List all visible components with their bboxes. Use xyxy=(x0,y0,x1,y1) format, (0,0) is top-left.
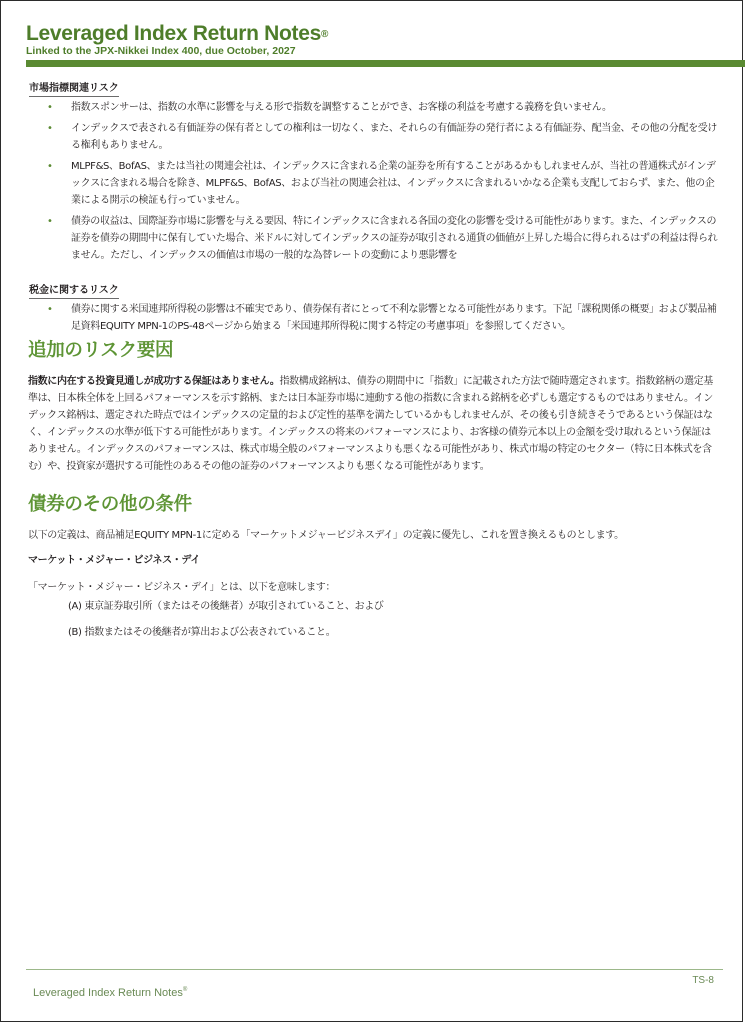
definition-item-b: (B) 指数またはその後継者が算出および公表されていること。 xyxy=(28,624,720,641)
document-title: Leveraged Index Return Notes® xyxy=(26,22,745,46)
market-risk-section: 市場指標関連リスク •指数スポンサーは、指数の水準に影響を与える形で指数を調整す… xyxy=(28,80,720,264)
footer-title: Leveraged Index Return Notes® xyxy=(33,987,187,999)
definition-heading-text: マーケット・メジャー・ビジネス・デイ xyxy=(28,555,200,566)
bullet-icon: • xyxy=(47,99,53,116)
market-risk-heading: 市場指標関連リスク xyxy=(29,81,119,97)
tax-risk-list: •債券に関する米国連邦所得税の影響は不確実であり、債券保有者にとって不利な影響と… xyxy=(28,301,720,335)
additional-risk-heading: 追加のリスク要因 xyxy=(28,339,720,363)
definition-heading: マーケット・メジャー・ビジネス・デイ xyxy=(28,552,720,569)
list-item: •債券に関する米国連邦所得税の影響は不確実であり、債券保有者にとって不利な影響と… xyxy=(28,301,720,335)
header-divider-bar xyxy=(26,60,745,67)
document-title-text: Leveraged Index Return Notes xyxy=(26,22,321,45)
list-item: •インデックスで表される有価証券の保有者としての権利は一切なく、また、それらの有… xyxy=(28,120,720,154)
footer-registered-mark: ® xyxy=(183,987,187,993)
tax-risk-section: 税金に関するリスク •債券に関する米国連邦所得税の影響は不確実であり、債券保有者… xyxy=(28,282,720,335)
bullet-icon: • xyxy=(47,301,53,318)
document-subtitle: Linked to the JPX-Nikkei Index 400, due … xyxy=(26,45,745,57)
spacer xyxy=(28,268,720,282)
other-terms-intro: 以下の定義は、商品補足EQUITY MPN-1に定める「マーケットメジャービジネ… xyxy=(28,527,720,544)
list-item-text: MLPF&S、BofAS、または当社の関連会社は、インデックスに含まれる企業の証… xyxy=(71,161,716,206)
bullet-icon: • xyxy=(47,213,53,230)
additional-risk-lead: 指数に内在する投資見通しが成功する保証はありません。 xyxy=(28,376,280,387)
definition-item-a: (A) 東京証券取引所（またはその後継者）が取引されていること、および xyxy=(28,598,720,615)
market-risk-list: •指数スポンサーは、指数の水準に影響を与える形で指数を調整することができ、お客様… xyxy=(28,99,720,264)
list-item-text: 債券に関する米国連邦所得税の影響は不確実であり、債券保有者にとって不利な影響とな… xyxy=(71,304,717,332)
list-item-text: インデックスで表される有価証券の保有者としての権利は一切なく、また、それらの有価… xyxy=(71,123,717,151)
list-item: •指数スポンサーは、指数の水準に影響を与える形で指数を調整することができ、お客様… xyxy=(28,99,720,116)
list-item-text: 債券の収益は、国際証券市場に影響を与える要因、特にインデックスに含まれる各国の変… xyxy=(71,216,717,261)
list-item: •MLPF&S、BofAS、または当社の関連会社は、インデックスに含まれる企業の… xyxy=(28,158,720,209)
footer-divider xyxy=(26,969,723,970)
bullet-icon: • xyxy=(47,158,53,175)
document-header: Leveraged Index Return Notes® Linked to … xyxy=(26,22,745,57)
additional-risk-section: 追加のリスク要因 指数に内在する投資見通しが成功する保証はありません。指数構成銘… xyxy=(28,339,720,475)
bullet-icon: • xyxy=(47,120,53,137)
tax-risk-heading: 税金に関するリスク xyxy=(29,283,119,299)
list-item: •債券の収益は、国際証券市場に影響を与える要因、特にインデックスに含まれる各国の… xyxy=(28,213,720,264)
additional-risk-text: 指数構成銘柄は、債券の期間中に「指数」に記載された方法で随時選定されます。指数銘… xyxy=(28,376,713,472)
additional-risk-paragraph: 指数に内在する投資見通しが成功する保証はありません。指数構成銘柄は、債券の期間中… xyxy=(28,373,720,475)
page-number: TS-8 xyxy=(692,975,714,986)
document-body: 市場指標関連リスク •指数スポンサーは、指数の水準に影響を与える形で指数を調整す… xyxy=(28,80,720,641)
footer-title-text: Leveraged Index Return Notes xyxy=(33,987,183,999)
definition-lead: 「マーケット・メジャー・ビジネス・デイ」とは、以下を意味します： xyxy=(28,579,720,596)
list-item-text: 指数スポンサーは、指数の水準に影響を与える形で指数を調整することができ、お客様の… xyxy=(71,102,612,113)
other-terms-section: 債券のその他の条件 以下の定義は、商品補足EQUITY MPN-1に定める「マー… xyxy=(28,493,720,641)
other-terms-heading: 債券のその他の条件 xyxy=(28,493,720,517)
registered-mark: ® xyxy=(321,29,328,40)
